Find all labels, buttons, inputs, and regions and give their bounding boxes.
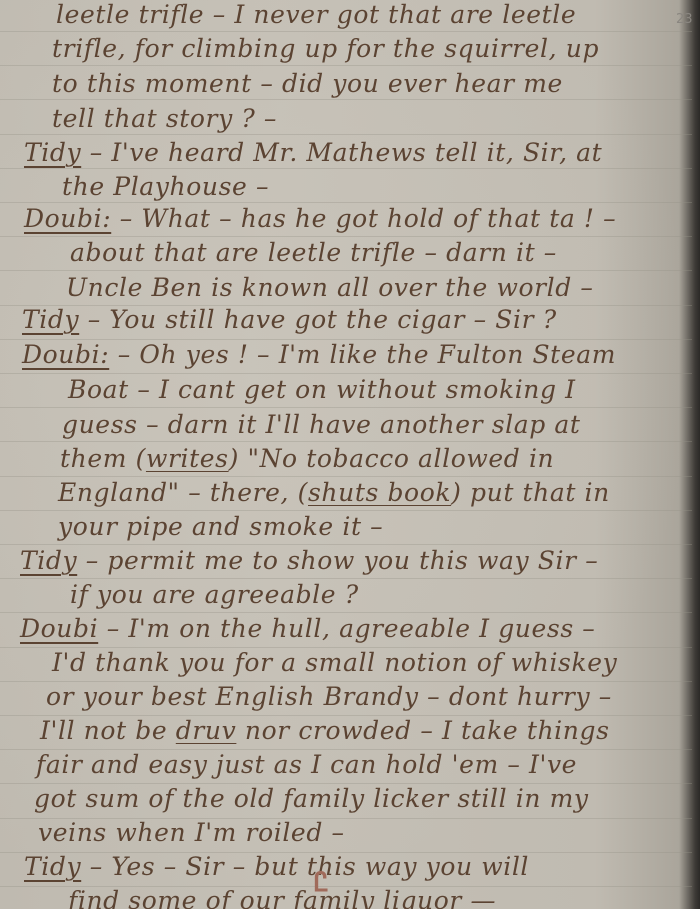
dialogue-line: Doubi – I'm on the hull, agreeable I gue… xyxy=(20,614,595,643)
manuscript-line: fair and easy just as I can hold 'em – I… xyxy=(36,750,577,779)
ruled-line xyxy=(0,202,692,203)
line-text: the Playhouse – xyxy=(62,172,269,201)
dialogue-line: Tidy – Yes – Sir – but this way you will xyxy=(24,852,529,881)
ruled-line xyxy=(0,31,692,32)
line-text: – permit me to show you this way Sir – xyxy=(77,546,598,575)
speaker-name: Doubi: xyxy=(24,204,111,233)
ruled-line xyxy=(0,65,692,66)
manuscript-line: them (writes) "No tobacco allowed in xyxy=(60,444,554,473)
manuscript-line: I'd thank you for a small notion of whis… xyxy=(52,648,617,677)
dialogue-line: Doubi: – Oh yes ! – I'm like the Fulton … xyxy=(22,340,616,369)
dialogue-line: Tidy – I've heard Mr. Mathews tell it, S… xyxy=(24,138,602,167)
speaker-name: Tidy xyxy=(20,546,77,575)
manuscript-line: guess – darn it I'll have another slap a… xyxy=(62,410,581,439)
ruled-line xyxy=(0,544,692,545)
manuscript-line: your pipe and smoke it – xyxy=(58,512,383,541)
line-text: Uncle Ben is known all over the world – xyxy=(66,273,594,302)
line-text: or your best English Brandy – dont hurry… xyxy=(46,682,612,711)
line-text: find some of our family liquor — xyxy=(68,886,496,909)
line-text: them ( xyxy=(60,444,146,473)
manuscript-line: Uncle Ben is known all over the world – xyxy=(66,273,594,302)
line-text: – What – has he got hold of that ta ! – xyxy=(111,204,616,233)
line-text: fair and easy just as I can hold 'em – I… xyxy=(36,750,577,779)
manuscript-line: or your best English Brandy – dont hurry… xyxy=(46,682,612,711)
ruled-line xyxy=(0,134,692,135)
speaker-name: Tidy xyxy=(24,852,81,881)
manuscript-page: 23 leetle trifle – I never got that are … xyxy=(0,0,700,909)
line-text: leetle trifle – I never got that are lee… xyxy=(56,0,576,29)
manuscript-line: got sum of the old family licker still i… xyxy=(34,784,589,813)
line-text: to this moment – did you ever hear me xyxy=(52,69,563,98)
line-text: ) put that in xyxy=(451,478,610,507)
speaker-name: Tidy xyxy=(22,305,79,334)
line-text: – Oh yes ! – I'm like the Fulton Steam xyxy=(109,340,616,369)
manuscript-line: I'll not be druv nor crowded – I take th… xyxy=(40,716,610,745)
line-text: Boat – I cant get on without smoking I xyxy=(68,375,576,404)
ruled-line xyxy=(0,612,692,613)
line-text: nor crowded – I take things xyxy=(236,716,609,745)
speaker-name: Doubi: xyxy=(22,340,109,369)
ruled-line xyxy=(0,168,692,169)
manuscript-line: veins when I'm roiled – xyxy=(38,818,345,847)
ruled-line xyxy=(0,407,692,408)
ruled-line xyxy=(0,270,692,271)
folio-number: 23 xyxy=(676,12,693,27)
manuscript-line: find some of our family liquor — xyxy=(68,886,496,909)
ruled-line xyxy=(0,99,692,100)
manuscript-line: to this moment – did you ever hear me xyxy=(52,69,563,98)
line-text: tell that story ? – xyxy=(52,104,277,133)
manuscript-line: if you are agreeable ? xyxy=(70,580,359,609)
line-text: about that are leetle trifle – darn it – xyxy=(70,238,557,267)
speaker-name: Doubi xyxy=(20,614,98,643)
ruled-line xyxy=(0,510,692,511)
ruled-line xyxy=(0,373,692,374)
line-text: – I'm on the hull, agreeable I guess – xyxy=(98,614,595,643)
manuscript-line: trifle, for climbing up for the squirrel… xyxy=(52,34,599,63)
manuscript-line: about that are leetle trifle – darn it – xyxy=(70,238,557,267)
line-text: England" – there, ( xyxy=(58,478,308,507)
dialogue-line: Doubi: – What – has he got hold of that … xyxy=(24,204,616,233)
ruled-line xyxy=(0,441,692,442)
line-text: – You still have got the cigar – Sir ? xyxy=(79,305,557,334)
speaker-name: Tidy xyxy=(24,138,81,167)
line-text: I'll not be xyxy=(40,716,176,745)
ruled-line xyxy=(0,578,692,579)
stage-direction: writes xyxy=(146,444,229,473)
line-text: your pipe and smoke it – xyxy=(58,512,383,541)
line-text: – I've heard Mr. Mathews tell it, Sir, a… xyxy=(81,138,602,167)
manuscript-line: Boat – I cant get on without smoking I xyxy=(68,375,576,404)
dialogue-line: Tidy – permit me to show you this way Si… xyxy=(20,546,598,575)
line-text: I'd thank you for a small notion of whis… xyxy=(52,648,617,677)
emphasized-word: druv xyxy=(176,716,237,745)
line-text: if you are agreeable ? xyxy=(70,580,359,609)
line-text: trifle, for climbing up for the squirrel… xyxy=(52,34,599,63)
manuscript-line: England" – there, (shuts book) put that … xyxy=(58,478,610,507)
line-text: – Yes – Sir – but this way you will xyxy=(81,852,529,881)
line-text: guess – darn it I'll have another slap a… xyxy=(62,410,581,439)
dialogue-line: Tidy – You still have got the cigar – Si… xyxy=(22,305,557,334)
manuscript-line: tell that story ? – xyxy=(52,104,277,133)
manuscript-line: the Playhouse – xyxy=(62,172,269,201)
library-stamp-icon: Ꮭ xyxy=(314,868,329,899)
line-text: got sum of the old family licker still i… xyxy=(34,784,589,813)
line-text: veins when I'm roiled – xyxy=(38,818,345,847)
line-text: ) "No tobacco allowed in xyxy=(229,444,555,473)
ruled-line xyxy=(0,476,692,477)
ruled-line xyxy=(0,236,692,237)
manuscript-line: leetle trifle – I never got that are lee… xyxy=(56,0,576,29)
stage-direction: shuts book xyxy=(308,478,451,507)
